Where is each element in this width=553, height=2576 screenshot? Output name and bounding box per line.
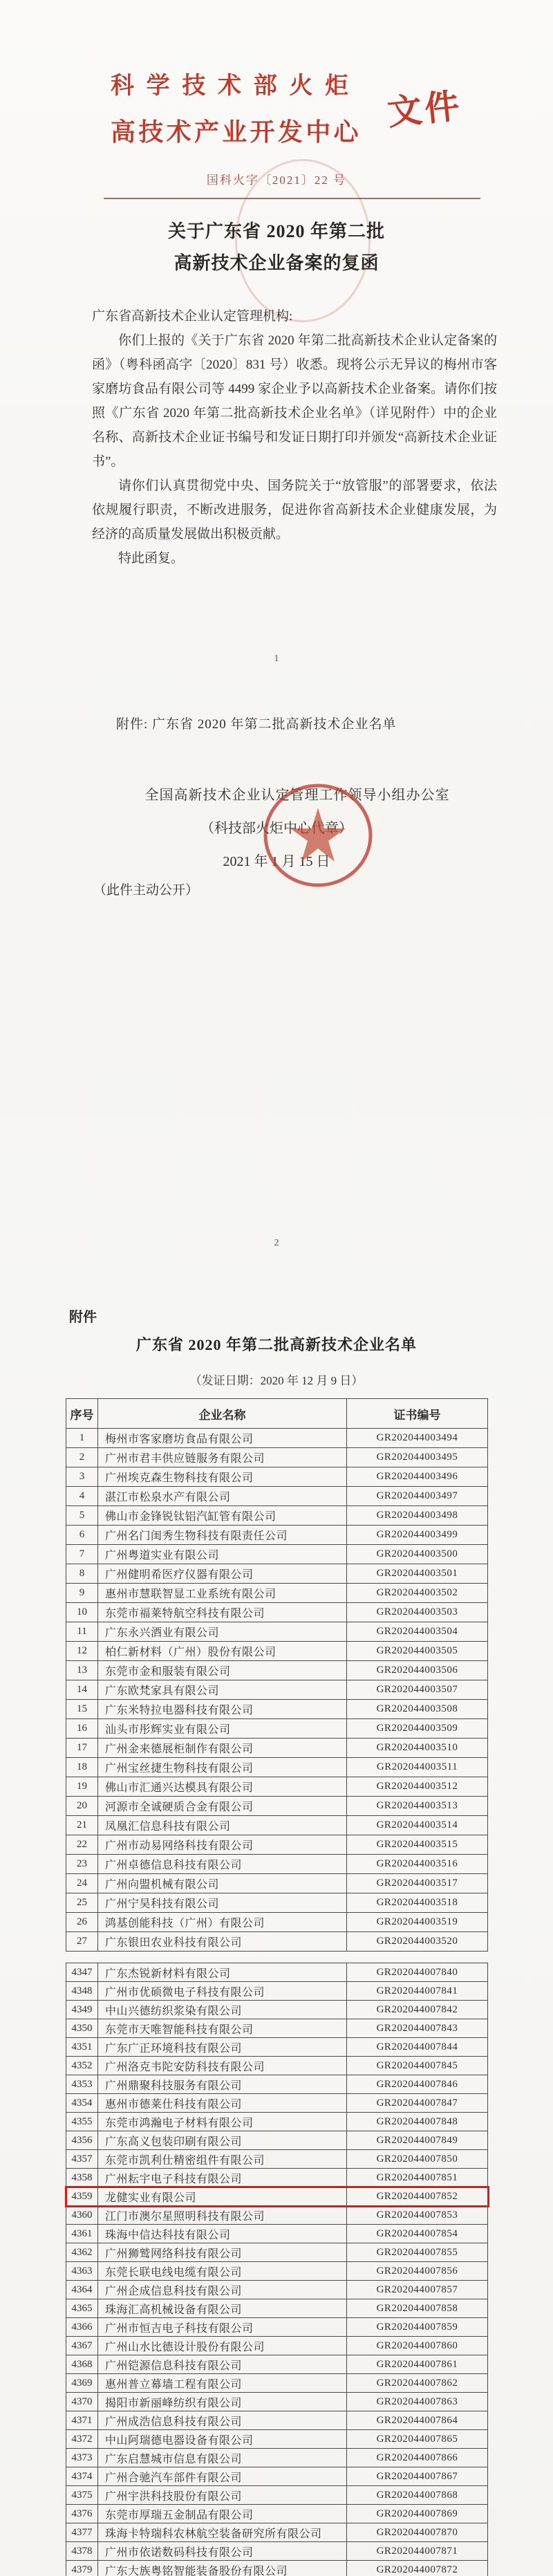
certificate-number: GR202044007846 <box>347 2075 488 2094</box>
table-row: 14广东欧梵家具有限公司GR202044003507 <box>66 1680 488 1700</box>
table-header-row: 序号 企业名称 证书编号 <box>66 1399 488 1429</box>
table-row: 17广州金来德展柜制作有限公司GR202044003510 <box>66 1739 488 1758</box>
certificate-number: GR202044003502 <box>347 1584 488 1603</box>
row-index: 3 <box>66 1467 98 1487</box>
certificate-number: GR202044003508 <box>347 1700 488 1719</box>
certificate-number: GR202044003514 <box>347 1816 488 1835</box>
company-name: 中山兴德纺织浆染有限公司 <box>98 2001 347 2019</box>
row-index: 4379 <box>66 2561 98 2576</box>
company-name: 广东大族粤铭智能装备股份有限公司 <box>98 2561 347 2576</box>
table-row: 22广州市动易网络科技有限公司GR202044003515 <box>66 1835 488 1855</box>
seal-star-icon <box>290 808 346 862</box>
row-index: 19 <box>66 1777 98 1797</box>
row-index: 4364 <box>66 2281 98 2299</box>
company-name: 广东欧梵家具有限公司 <box>98 1680 347 1700</box>
certificate-number: GR202044007849 <box>347 2131 488 2150</box>
certificate-number: GR202044003510 <box>347 1739 488 1758</box>
company-name: 广州金来德展柜制作有限公司 <box>98 1739 347 1758</box>
certificate-number: GR202044003519 <box>347 1913 488 1932</box>
certificate-number: GR202044003503 <box>347 1603 488 1622</box>
row-index: 4368 <box>66 2355 98 2374</box>
company-name: 广州山水比德设计股份有限公司 <box>98 2337 347 2355</box>
row-index: 4 <box>66 1487 98 1506</box>
company-name: 湛江市松泉水产有限公司 <box>98 1487 347 1506</box>
row-index: 4367 <box>66 2337 98 2355</box>
certificate-number: GR202044003495 <box>347 1448 488 1467</box>
company-name: 广州企成信息科技有限公司 <box>98 2281 347 2299</box>
row-index: 13 <box>66 1661 98 1680</box>
certificate-number: GR202044007863 <box>347 2393 488 2411</box>
row-index: 20 <box>66 1797 98 1816</box>
letter-body: 广东省高新技术企业认定管理机构: 你们上报的《关于广东省 2020 年第二批高新… <box>92 304 497 571</box>
company-name: 珠海卡特瑞科农林航空装备研究所有限公司 <box>98 2523 347 2542</box>
table-row: 24广州向盟机械有限公司GR202044003517 <box>66 1874 488 1893</box>
row-index: 4351 <box>66 2038 98 2057</box>
row-index: 4349 <box>66 2001 98 2019</box>
company-name: 广东银田农业科技有限公司 <box>98 1932 347 1952</box>
table-row: 4376东莞市厚瑞五金制品有限公司GR202044007869 <box>66 2505 488 2523</box>
certificate-number: GR202044007868 <box>347 2486 488 2505</box>
row-index: 4375 <box>66 2486 98 2505</box>
company-name: 广州市君丰供应链服务有限公司 <box>98 1448 347 1467</box>
row-index: 4353 <box>66 2075 98 2094</box>
table-row: 5佛山市金锋锐钛铝汽缸管有限公司GR202044003498 <box>66 1506 488 1526</box>
table-row: 21凤凰汇信息科技有限公司GR202044003514 <box>66 1816 488 1835</box>
table-row: 4368广州铠源信息科技有限公司GR202044007861 <box>66 2355 488 2374</box>
document-number: 国科火字〔2021〕22 号 <box>0 170 553 187</box>
column-header-cert: 证书编号 <box>347 1399 488 1429</box>
table-row: 20河源市全诚硬质合金有限公司GR202044003513 <box>66 1797 488 1816</box>
table-row: 4355东莞市鸿瀚电子材料有限公司GR202044007848 <box>66 2113 488 2131</box>
company-name: 河源市全诚硬质合金有限公司 <box>98 1797 347 1816</box>
table-row: 15广东米特拉电器科技有限公司GR202044003508 <box>66 1700 488 1719</box>
certificate-number: GR202044003500 <box>347 1545 488 1564</box>
attachment-note: 附件: 广东省 2020 年第二批高新技术企业名单 <box>116 714 397 732</box>
table-row: 4364广州企成信息科技有限公司GR202044007857 <box>66 2281 488 2299</box>
row-index: 8 <box>66 1564 98 1584</box>
certificate-number: GR202044007870 <box>347 2523 488 2542</box>
letter-title: 关于广东省 2020 年第二批高新技术企业备案的复函 <box>0 216 553 279</box>
certificate-number: GR202044007847 <box>347 2094 488 2113</box>
row-index: 4362 <box>66 2243 98 2262</box>
company-name: 广东米特拉电器科技有限公司 <box>98 1700 347 1719</box>
certificate-number: GR202044003517 <box>347 1874 488 1893</box>
row-index: 4365 <box>66 2299 98 2318</box>
table-row: 4365珠海汇高机械设备有限公司GR202044007858 <box>66 2299 488 2318</box>
company-name: 佛山市汇通兴达模具有限公司 <box>98 1777 347 1797</box>
table-row: 26鸿基创能科技（广州）有限公司GR202044003519 <box>66 1913 488 1932</box>
letter-title-line1: 关于广东省 2020 年第二批 <box>168 221 385 241</box>
certificate-number: GR202044007840 <box>347 1963 488 1982</box>
company-name: 广州成浩信息科技有限公司 <box>98 2411 347 2430</box>
certificate-number: GR202044007860 <box>347 2337 488 2355</box>
company-name: 广州市恒吉电子科技有限公司 <box>98 2318 347 2337</box>
table-row: 6广州名门闺秀生物科技有限责任公司GR202044003499 <box>66 1526 488 1545</box>
row-index: 4355 <box>66 2113 98 2131</box>
row-index: 9 <box>66 1584 98 1603</box>
table-row: 4363东莞长联电线电缆有限公司GR202044007856 <box>66 2262 488 2281</box>
row-index: 16 <box>66 1719 98 1739</box>
table-row: 4361珠海中信达科技有限公司GR202044007854 <box>66 2225 488 2243</box>
row-index: 27 <box>66 1932 98 1952</box>
row-index: 21 <box>66 1816 98 1835</box>
row-index: 2 <box>66 1448 98 1467</box>
table-row: 10东莞市福莱特航空科技有限公司GR202044003503 <box>66 1603 488 1622</box>
doc-type-label: 文件 <box>385 78 465 136</box>
table-row: 2广州市君丰供应链服务有限公司GR202044003495 <box>66 1448 488 1467</box>
certificate-number: GR202044003499 <box>347 1526 488 1545</box>
table-row: 23广州卓德信息科技有限公司GR202044003516 <box>66 1855 488 1874</box>
company-name: 惠州市慧联智显工业系统有限公司 <box>98 1584 347 1603</box>
disclosure-note: （此件主动公开） <box>93 880 198 898</box>
row-index: 23 <box>66 1855 98 1874</box>
certificate-number: GR202044007855 <box>347 2243 488 2262</box>
row-index: 14 <box>66 1680 98 1700</box>
table-row: 4375广州宇洪科技股份有限公司GR202044007868 <box>66 2486 488 2505</box>
table-row: 13东莞市金和服装有限公司GR202044003506 <box>66 1661 488 1680</box>
certificate-number: GR202044003505 <box>347 1642 488 1661</box>
certificate-number: GR202044007841 <box>347 1982 488 2001</box>
company-name: 广州市优硕微电子科技有限公司 <box>98 1982 347 2001</box>
row-index: 10 <box>66 1603 98 1622</box>
row-index: 4369 <box>66 2374 98 2393</box>
company-name: 广州耘宇电子科技有限公司 <box>98 2169 347 2187</box>
attachment-title: 广东省 2020 年第二批高新技术企业名单 <box>0 1333 553 1355</box>
row-index: 4357 <box>66 2150 98 2169</box>
company-name: 广东广正环境科技有限公司 <box>98 2038 347 2057</box>
row-index: 4376 <box>66 2505 98 2523</box>
company-name: 广东高义包装印刷有限公司 <box>98 2131 347 2150</box>
table-row: 4351广东广正环境科技有限公司GR202044007844 <box>66 2038 488 2057</box>
table-row: 4356广东高义包装印刷有限公司GR202044007849 <box>66 2131 488 2150</box>
company-name: 东莞市鸿瀚电子材料有限公司 <box>98 2113 347 2131</box>
official-red-seal <box>261 779 375 893</box>
row-index: 4366 <box>66 2318 98 2337</box>
row-index: 6 <box>66 1526 98 1545</box>
row-index: 4359 <box>66 2187 98 2206</box>
company-name: 广东永兴酒业有限公司 <box>98 1622 347 1642</box>
paragraph-2: 请你们认真贯彻党中央、国务院关于“放管服”的部署要求，依法依规履行职责，不断改进… <box>92 474 497 546</box>
certificate-number: GR202044007854 <box>347 2225 488 2243</box>
certificate-number: GR202044007853 <box>347 2206 488 2225</box>
table-row: 4357东莞市凯利仕精密组件有限公司GR202044007850 <box>66 2150 488 2169</box>
row-index: 11 <box>66 1622 98 1642</box>
certificate-number: GR202044003504 <box>347 1622 488 1642</box>
company-name: 广州宁昊科技有限公司 <box>98 1893 347 1913</box>
company-name: 佛山市金锋锐钛铝汽缸管有限公司 <box>98 1506 347 1526</box>
paragraph-1: 你们上报的《关于广东省 2020 年第二批高新技术企业认定备案的函》（粤科函高字… <box>92 328 497 474</box>
certificate-number: GR202044003511 <box>347 1758 488 1777</box>
row-index: 4371 <box>66 2411 98 2430</box>
certificate-number: GR202044003515 <box>347 1835 488 1855</box>
row-index: 24 <box>66 1874 98 1893</box>
company-name: 鸿基创能科技（广州）有限公司 <box>98 1913 347 1932</box>
certificate-number: GR202044003516 <box>347 1855 488 1874</box>
paragraph-3: 特此函复。 <box>92 546 497 571</box>
table-row: 25广州宁昊科技有限公司GR202044003518 <box>66 1893 488 1913</box>
table-row: 18广州宝丝捷生物科技有限公司GR202044003511 <box>66 1758 488 1777</box>
row-index: 22 <box>66 1835 98 1855</box>
issue-date-line: （发证日期：2020 年 12 月 9 日） <box>0 1371 553 1388</box>
certificate-number: GR202044007848 <box>347 2113 488 2131</box>
company-name: 广州健明希医疗仪器有限公司 <box>98 1564 347 1584</box>
column-header-no: 序号 <box>66 1399 98 1429</box>
table-row: 4358广州耘宇电子科技有限公司GR202044007851 <box>66 2169 488 2187</box>
certificate-number: GR202044007869 <box>347 2505 488 2523</box>
row-index: 4373 <box>66 2449 98 2467</box>
row-index: 25 <box>66 1893 98 1913</box>
table-row: 4360江门市澳尔星照明科技有限公司GR202044007853 <box>66 2206 488 2225</box>
certificate-number: GR202044007850 <box>347 2150 488 2169</box>
table-row: 7广州粤道实业有限公司GR202044003500 <box>66 1545 488 1564</box>
row-index: 4360 <box>66 2206 98 2225</box>
table-row: 4350东莞市天唯智能科技有限公司GR202044007843 <box>66 2019 488 2038</box>
company-name: 广州鼎聚科技服务有限公司 <box>98 2075 347 2094</box>
certificate-number: GR202044007856 <box>347 2262 488 2281</box>
company-name: 广州洛克韦陀安防科技有限公司 <box>98 2057 347 2075</box>
table-row: 12柏仁新材料（广州）股份有限公司GR202044003505 <box>66 1642 488 1661</box>
row-index: 4361 <box>66 2225 98 2243</box>
company-name: 广州埃克森生物科技有限公司 <box>98 1467 347 1487</box>
company-name: 东莞长联电线电缆有限公司 <box>98 2262 347 2281</box>
company-name: 广东启慧城市信息有限公司 <box>98 2449 347 2467</box>
company-name: 广州卓德信息科技有限公司 <box>98 1855 347 1874</box>
certificate-number: GR202044007842 <box>347 2001 488 2019</box>
company-name: 东莞市凯利仕精密组件有限公司 <box>98 2150 347 2169</box>
row-index: 4377 <box>66 2523 98 2542</box>
company-name: 广州市动易网络科技有限公司 <box>98 1835 347 1855</box>
row-index: 1 <box>66 1429 98 1448</box>
table-row: 19佛山市汇通兴达模具有限公司GR202044003512 <box>66 1777 488 1797</box>
table-row: 1梅州市客家磨坊食品有限公司GR202044003494 <box>66 1429 488 1448</box>
page-number-1: 1 <box>0 654 553 665</box>
certificate-number: GR202044007861 <box>347 2355 488 2374</box>
certificate-number: GR202044003509 <box>347 1719 488 1739</box>
row-index: 26 <box>66 1913 98 1932</box>
company-name: 柏仁新材料（广州）股份有限公司 <box>98 1642 347 1661</box>
table-row: 4353广州鼎聚科技服务有限公司GR202044007846 <box>66 2075 488 2094</box>
company-name: 广州粤道实业有限公司 <box>98 1545 347 1564</box>
table-row: 4378广州市依诺数码科技有限公司GR202044007871 <box>66 2542 488 2561</box>
company-name: 惠州普立幕墙工程有限公司 <box>98 2374 347 2393</box>
row-index: 4374 <box>66 2467 98 2486</box>
company-name: 惠州市德莱仕科技有限公司 <box>98 2094 347 2113</box>
row-index: 5 <box>66 1506 98 1526</box>
table-row: 4373广东启慧城市信息有限公司GR202044007866 <box>66 2449 488 2467</box>
row-index: 4356 <box>66 2131 98 2150</box>
table-row: 9惠州市慧联智显工业系统有限公司GR202044003502 <box>66 1584 488 1603</box>
company-name: 广州合驰汽车部件有限公司 <box>98 2467 347 2486</box>
column-header-name: 企业名称 <box>98 1399 347 1429</box>
company-name: 广东杰锐新材料有限公司 <box>98 1963 347 1982</box>
row-index: 12 <box>66 1642 98 1661</box>
company-name: 东莞市金和服装有限公司 <box>98 1661 347 1680</box>
table-row: 4377珠海卡特瑞科农林航空装备研究所有限公司GR202044007870 <box>66 2523 488 2542</box>
certificate-number: GR202044007872 <box>347 2561 488 2576</box>
certificate-number: GR202044007859 <box>347 2318 488 2337</box>
certificate-number: GR202044003496 <box>347 1467 488 1487</box>
table-row: 4348广州市优硕微电子科技有限公司GR202044007841 <box>66 1982 488 2001</box>
table-row: 4湛江市松泉水产有限公司GR202044003497 <box>66 1487 488 1506</box>
company-name: 广州狮鹫网络科技有限公司 <box>98 2243 347 2262</box>
table-row: 4369惠州普立幕墙工程有限公司GR202044007862 <box>66 2374 488 2393</box>
row-index: 4378 <box>66 2542 98 2561</box>
row-index: 4370 <box>66 2393 98 2411</box>
company-name: 龙健实业有限公司 <box>98 2187 347 2206</box>
table-row: 4366广州市恒吉电子科技有限公司GR202044007859 <box>66 2318 488 2337</box>
company-name: 广州铠源信息科技有限公司 <box>98 2355 347 2374</box>
company-name: 梅州市客家磨坊食品有限公司 <box>98 1429 347 1448</box>
certificate-number: GR202044003513 <box>347 1797 488 1816</box>
certificate-number: GR202044007852 <box>347 2187 488 2206</box>
scanned-official-document: 科学技术部火炬 高技术产业开发中心 文件 国科火字〔2021〕22 号 关于广东… <box>0 0 553 2576</box>
row-index: 4354 <box>66 2094 98 2113</box>
certificate-number: GR202044007862 <box>347 2374 488 2393</box>
table-row: 27广东银田农业科技有限公司GR202044003520 <box>66 1932 488 1952</box>
company-name: 凤凰汇信息科技有限公司 <box>98 1816 347 1835</box>
company-name: 中山阿瑞德电器设备有限公司 <box>98 2430 347 2449</box>
certificate-number: GR202044003512 <box>347 1777 488 1797</box>
certificate-number: GR202044007864 <box>347 2411 488 2430</box>
certificate-number: GR202044007844 <box>347 2038 488 2057</box>
row-index: 4358 <box>66 2169 98 2187</box>
certificate-number: GR202044007867 <box>347 2467 488 2486</box>
certificate-number: GR202044003518 <box>347 1893 488 1913</box>
table-row: 4374广州合驰汽车部件有限公司GR202044007867 <box>66 2467 488 2486</box>
company-name: 广州向盟机械有限公司 <box>98 1874 347 1893</box>
certificate-number: GR202044007866 <box>347 2449 488 2467</box>
table-row: 4371广州成浩信息科技有限公司GR202044007864 <box>66 2411 488 2430</box>
row-index: 4372 <box>66 2430 98 2449</box>
company-name: 广州市依诺数码科技有限公司 <box>98 2542 347 2561</box>
table-row: 4379广东大族粤铭智能装备股份有限公司GR202044007872 <box>66 2561 488 2576</box>
row-index: 17 <box>66 1739 98 1758</box>
attachment-label: 附件 <box>69 1306 97 1326</box>
certificate-number: GR202044007858 <box>347 2299 488 2318</box>
row-index: 4350 <box>66 2019 98 2038</box>
row-index: 4363 <box>66 2262 98 2281</box>
company-name: 东莞市厚瑞五金制品有限公司 <box>98 2505 347 2523</box>
certificate-number: GR202044007857 <box>347 2281 488 2299</box>
certificate-number: GR202044003501 <box>347 1564 488 1584</box>
page-number-2: 2 <box>0 1238 553 1249</box>
certificate-number: GR202044003494 <box>347 1429 488 1448</box>
company-name: 东莞市福莱特航空科技有限公司 <box>98 1603 347 1622</box>
table-row: 4362广州狮鹫网络科技有限公司GR202044007855 <box>66 2243 488 2262</box>
table-row: 4347广东杰锐新材料有限公司GR202044007840 <box>66 1963 488 1982</box>
company-name: 广州宝丝捷生物科技有限公司 <box>98 1758 347 1777</box>
row-index: 4352 <box>66 2057 98 2075</box>
table-row: 4349中山兴德纺织浆染有限公司GR202044007842 <box>66 2001 488 2019</box>
table-row: 4352广州洛克韦陀安防科技有限公司GR202044007845 <box>66 2057 488 2075</box>
certificate-number: GR202044007845 <box>347 2057 488 2075</box>
letterhead-divider <box>104 198 480 199</box>
row-index: 4348 <box>66 1982 98 2001</box>
company-name: 揭阳市新丽峰纺织有限公司 <box>98 2393 347 2411</box>
table-row-highlighted: 4359龙健实业有限公司GR202044007852 <box>66 2187 488 2206</box>
certificate-number: GR202044003507 <box>347 1680 488 1700</box>
table-row: 4367广州山水比德设计股份有限公司GR202044007860 <box>66 2337 488 2355</box>
table-row: 11广东永兴酒业有限公司GR202044003504 <box>66 1622 488 1642</box>
certificate-number: GR202044007851 <box>347 2169 488 2187</box>
company-name: 江门市澳尔星照明科技有限公司 <box>98 2206 347 2225</box>
certificate-number: GR202044007871 <box>347 2542 488 2561</box>
company-name: 东莞市天唯智能科技有限公司 <box>98 2019 347 2038</box>
row-index: 4347 <box>66 1963 98 1982</box>
company-name: 珠海汇高机械设备有限公司 <box>98 2299 347 2318</box>
row-index: 7 <box>66 1545 98 1564</box>
table-row: 4354惠州市德莱仕科技有限公司GR202044007847 <box>66 2094 488 2113</box>
certificate-number: GR202044007843 <box>347 2019 488 2038</box>
row-index: 15 <box>66 1700 98 1719</box>
salutation: 广东省高新技术企业认定管理机构: <box>92 304 497 328</box>
company-name: 广州名门闺秀生物科技有限责任公司 <box>98 1526 347 1545</box>
table-row: 4370揭阳市新丽峰纺织有限公司GR202044007863 <box>66 2393 488 2411</box>
row-index: 18 <box>66 1758 98 1777</box>
certificate-number: GR202044003506 <box>347 1661 488 1680</box>
certificate-number: GR202044003498 <box>347 1506 488 1526</box>
company-name: 广州宇洪科技股份有限公司 <box>98 2486 347 2505</box>
letter-title-line2: 高新技术企业备案的复函 <box>174 253 379 273</box>
enterprise-table-part2: 4347广东杰锐新材料有限公司GR2020440078404348广州市优硕微电… <box>66 1963 488 2576</box>
table-row: 4372中山阿瑞德电器设备有限公司GR202044007865 <box>66 2430 488 2449</box>
enterprise-table-part1: 序号 企业名称 证书编号 1梅州市客家磨坊食品有限公司GR20204400349… <box>66 1398 488 1952</box>
table-row: 8广州健明希医疗仪器有限公司GR202044003501 <box>66 1564 488 1584</box>
table-row: 16汕头市彤辉实业有限公司GR202044003509 <box>66 1719 488 1739</box>
certificate-number: GR202044007865 <box>347 2430 488 2449</box>
company-name: 汕头市彤辉实业有限公司 <box>98 1719 347 1739</box>
table-row: 3广州埃克森生物科技有限公司GR202044003496 <box>66 1467 488 1487</box>
company-name: 珠海中信达科技有限公司 <box>98 2225 347 2243</box>
certificate-number: GR202044003497 <box>347 1487 488 1506</box>
certificate-number: GR202044003520 <box>347 1932 488 1952</box>
